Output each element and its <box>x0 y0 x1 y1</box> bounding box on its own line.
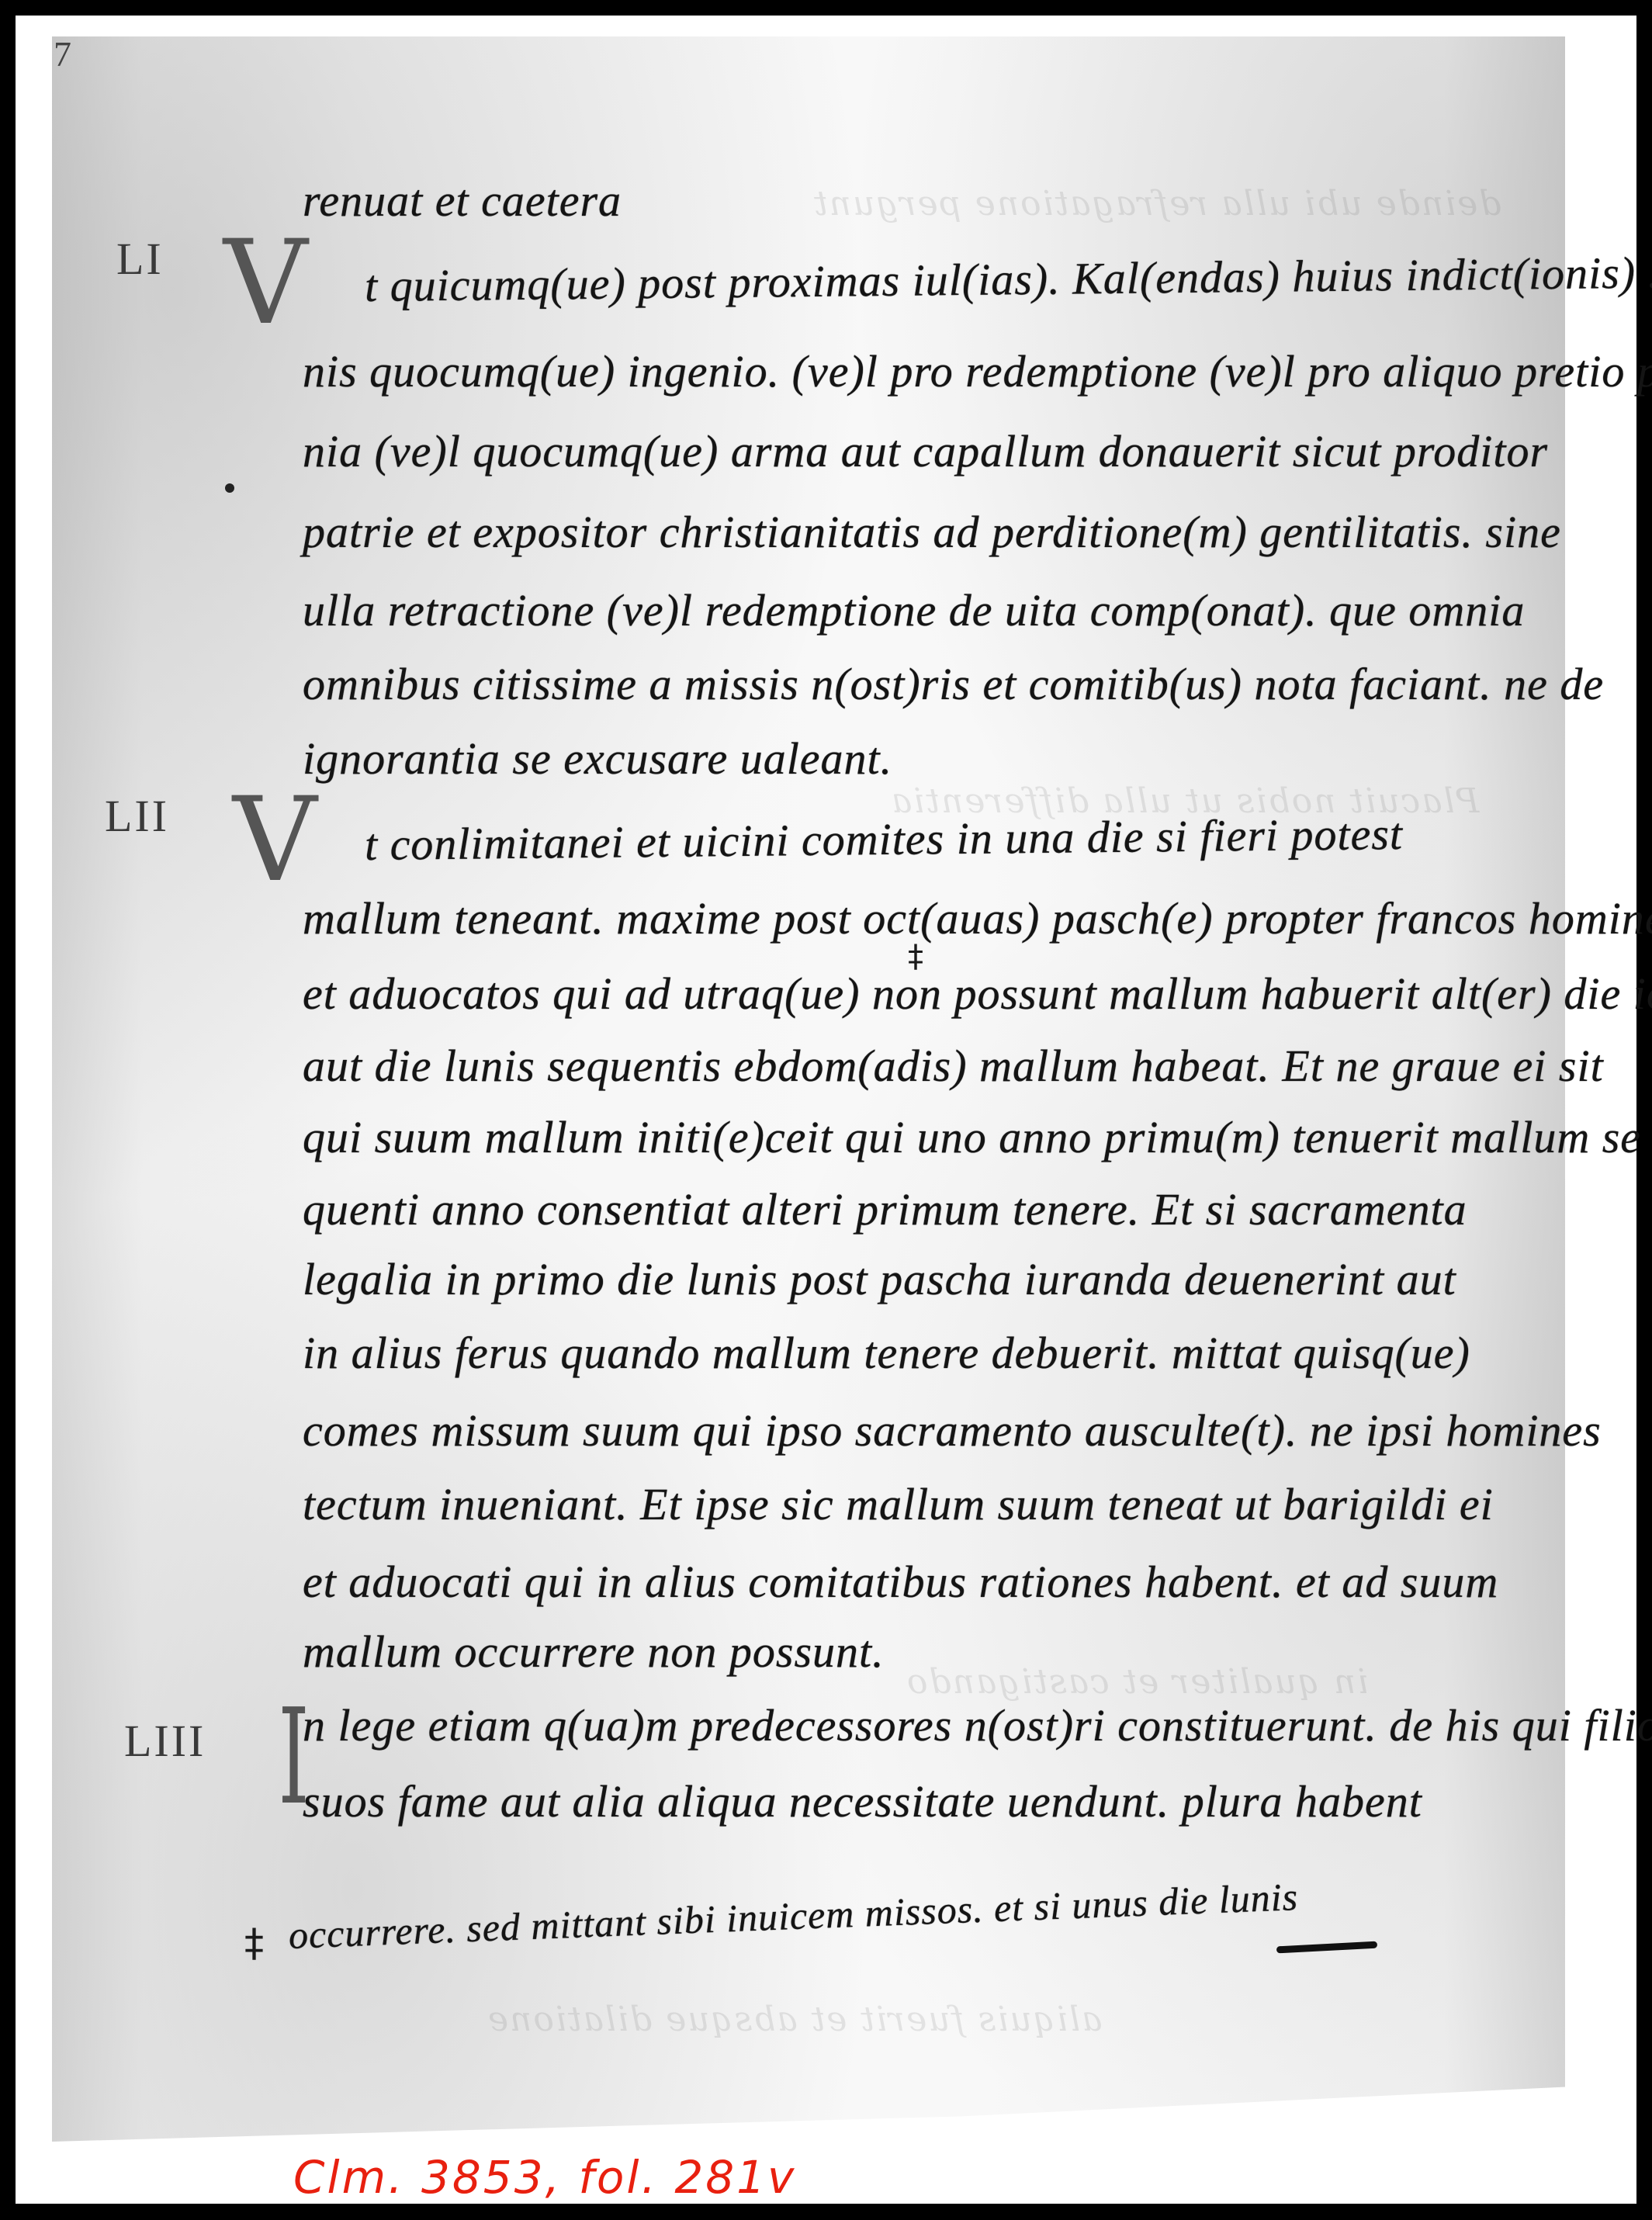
text-line-10: et aduocatos qui ad utraq(ue) non possun… <box>303 968 1652 1020</box>
initial-v-first: V <box>223 225 307 341</box>
text-line-3: nia (ve)l quocumq(ue) arma aut capallum … <box>303 425 1548 477</box>
text-line-15: in alius ferus quando mallum tenere debu… <box>303 1327 1470 1379</box>
text-line-2: nis quocumq(ue) ingenio. (ve)l pro redem… <box>303 345 1652 397</box>
text-line-6: omnibus citissime a missis n(ost)ris et … <box>303 658 1604 710</box>
show-through-text: aliquis fuerit et absque dilatione <box>487 2000 1102 2039</box>
renvoi-mark-margin: ‡ <box>244 1920 264 1965</box>
text-line-11: aut die lunis sequentis ebdom(adis) mall… <box>303 1040 1604 1092</box>
chapter-number-li: LI <box>116 233 164 285</box>
text-line-14: legalia in primo die lunis post pascha i… <box>303 1253 1456 1305</box>
chapter-number-liii: LIII <box>124 1715 206 1767</box>
text-line-17: tectum inueniant. Et ipse sic mallum suu… <box>303 1478 1494 1530</box>
text-line-21: suos fame aut alia aliqua necessitate ue… <box>303 1775 1422 1827</box>
margin-dot <box>225 483 234 493</box>
text-line-9: mallum teneant. maxime post oct(auas) pa… <box>303 892 1652 944</box>
chapter-number-lii: LII <box>105 790 169 842</box>
show-through-text: in qualiter et castigando <box>906 1662 1368 1702</box>
text-line-16: comes missum suum qui ipso sacramento au… <box>303 1404 1602 1456</box>
text-line-20: n lege etiam q(ua)m predecessores n(ost)… <box>303 1699 1652 1751</box>
text-line-0: renuat et caetera <box>303 175 622 227</box>
text-line-18: et aduocati qui in alius comitatibus rat… <box>303 1556 1498 1608</box>
text-line-13: quenti anno consentiat alteri primum ten… <box>303 1183 1467 1235</box>
initial-v-second: V <box>233 782 317 899</box>
text-line-4: patrie et expositor christianitatis ad p… <box>303 506 1561 558</box>
text-line-5: ulla retractione (ve)l redemptione de ui… <box>303 584 1525 636</box>
show-through-text: deinde ubi ulla refragatione pergunt <box>812 184 1501 223</box>
text-line-7: ignorantia se excusare ualeant. <box>303 732 892 784</box>
corner-mark: 7 <box>54 33 74 74</box>
text-line-12: qui suum mallum initi(e)ceit qui uno ann… <box>303 1111 1641 1163</box>
text-line-19: mallum occurrere non possunt. <box>303 1626 885 1678</box>
shelfmark-label: Clm. 3853, fol. 281v <box>293 2151 796 2204</box>
text-line-8: t conlimitanei et uicini comites in una … <box>365 808 1404 871</box>
renvoi-mark-inline: ‡ <box>908 939 923 975</box>
